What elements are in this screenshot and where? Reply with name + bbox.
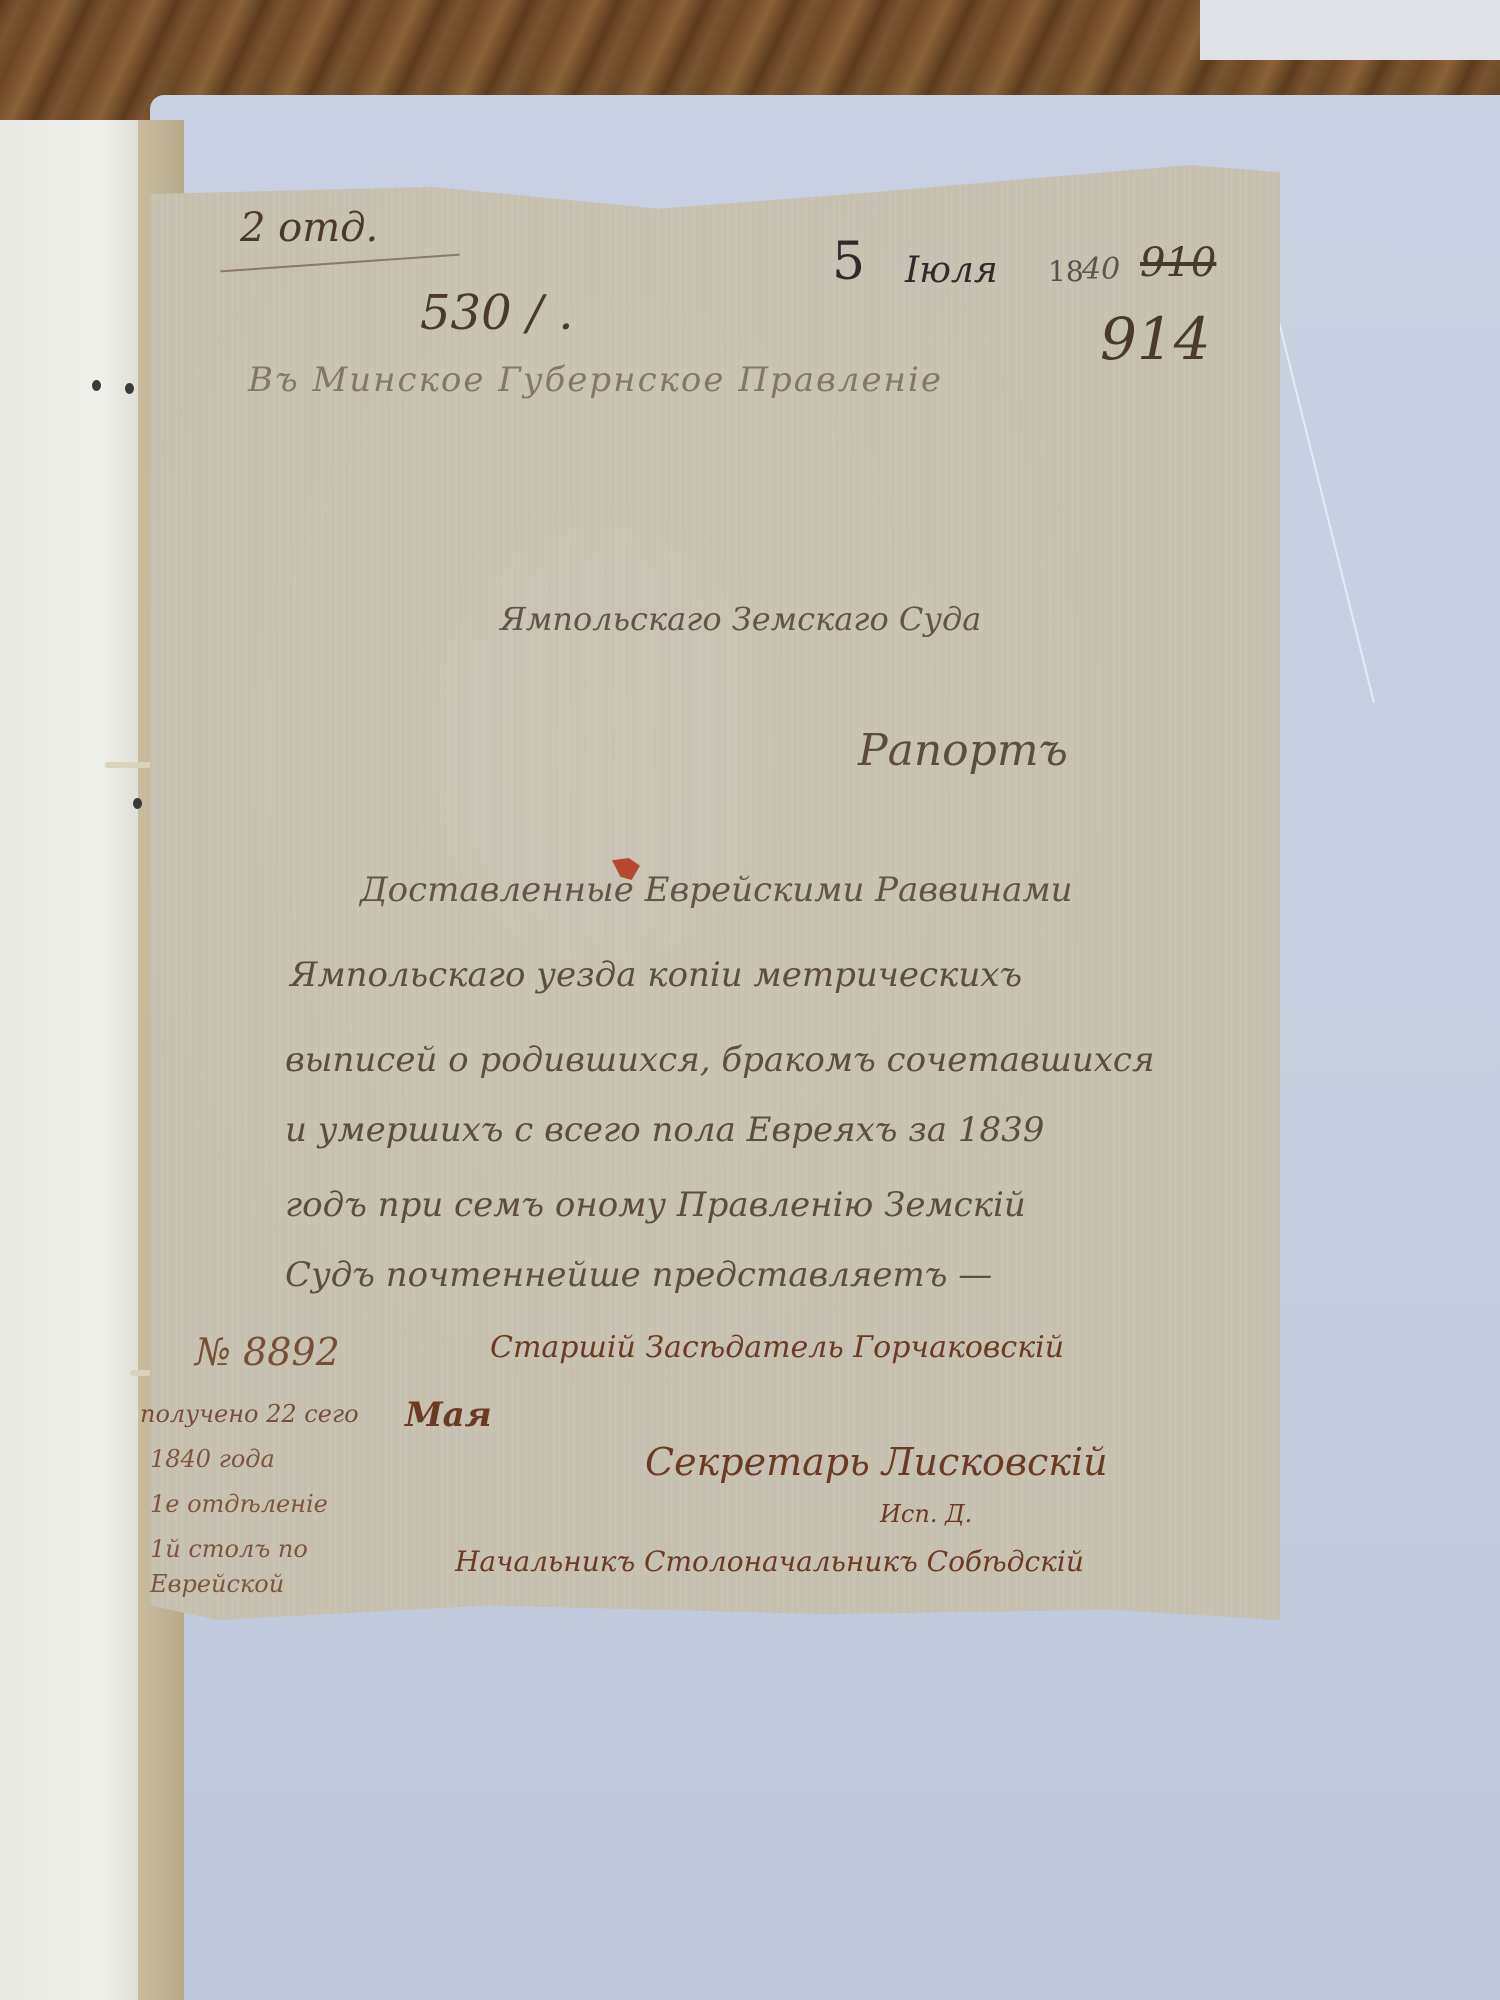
signature-senior-assessor: Старшій Засѣдатель Горчаковскій (490, 1330, 1064, 1365)
signature-secretary: Секретарь Лисковскій (645, 1440, 1108, 1484)
binding-thread (105, 762, 155, 768)
binding-hole (92, 380, 101, 391)
file-number: 530 / . (420, 285, 574, 341)
body-line: Ямпольскаго уезда копіи метрическихъ (290, 955, 1022, 995)
top-right-paper-corner (1200, 0, 1500, 60)
body-line: и умершихъ с всего пола Евреяхъ за 1839 (285, 1110, 1044, 1150)
address-line: Въ Минское Губернское Правленіе (248, 360, 943, 400)
margin-note-line: 1й столъ по (150, 1535, 308, 1563)
date-month: Іюля (905, 250, 998, 291)
signature-clerk-note: Исп. Д. (880, 1500, 972, 1528)
from-court-line: Ямпольскаго Земскаго Суда (500, 600, 981, 638)
date-year-handwritten: 40 (1082, 252, 1120, 287)
body-line: годъ при семъ оному Правленію Земскій (285, 1185, 1026, 1225)
margin-note-line: получено 22 сего (140, 1400, 359, 1428)
margin-note-line: Еврейской (150, 1570, 284, 1598)
binding-hole (125, 383, 134, 394)
date-day: 5 (832, 232, 865, 292)
date-year-printed: 18 (1048, 255, 1084, 288)
binding-hole (133, 798, 142, 809)
body-line: выписей о родившихся, бракомъ сочетавших… (285, 1040, 1154, 1080)
margin-month-word: Мая (405, 1395, 492, 1435)
body-line: Доставленные Еврейскими Раввинами (360, 870, 1073, 910)
report-title: Рапортъ (858, 725, 1068, 776)
signature-head-clerk: Начальникъ Столоначальникъ Собѣдскій (455, 1545, 1084, 1578)
struck-out-number: 910 (1140, 240, 1216, 286)
margin-note-line: 1840 года (150, 1445, 275, 1473)
margin-note-line: 1е отдѣленіе (150, 1490, 328, 1518)
bound-file-left-pages (0, 120, 145, 2000)
department-note: 2 отд. (240, 205, 378, 251)
body-line: Судъ почтеннейше представляетъ — (285, 1255, 992, 1295)
registry-number: 914 (1100, 305, 1211, 373)
margin-registration-number: № 8892 (195, 1330, 340, 1374)
